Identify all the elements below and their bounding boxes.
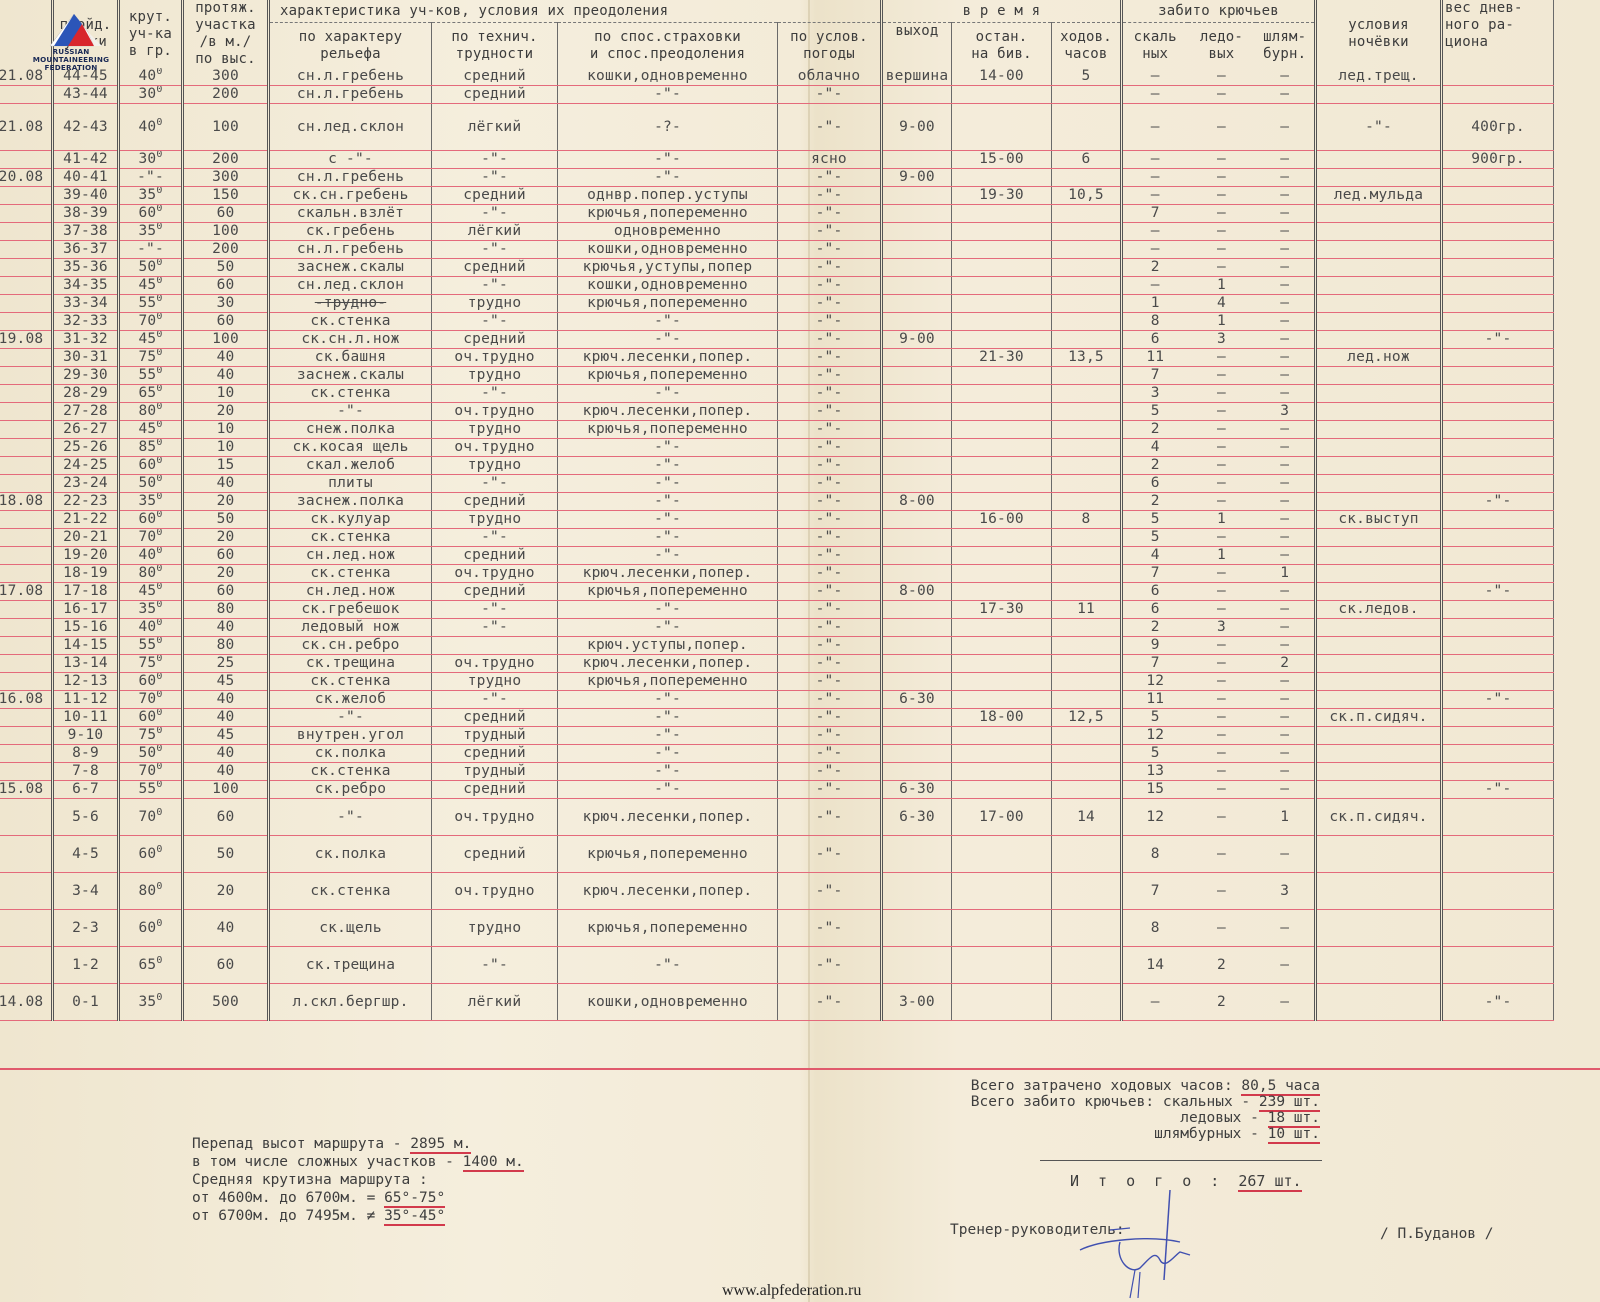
table-row: 14-1555080ск.сн.реброкрюч.уступы,попер.-… — [0, 637, 1554, 655]
hours-cell — [1052, 781, 1122, 799]
group-characteristics: характеристика уч-ков, условия их преодо… — [269, 0, 882, 23]
section-cell: 32-33 — [53, 313, 119, 331]
rock-pitons-cell: 5 — [1122, 403, 1188, 421]
difficulty-cell: -"- — [432, 241, 558, 259]
ration-cell — [1442, 873, 1554, 910]
stop-cell — [952, 475, 1052, 493]
ice-pitons-cell: – — [1188, 565, 1256, 583]
date-cell — [0, 295, 53, 313]
stop-cell — [952, 223, 1052, 241]
stop-cell — [952, 493, 1052, 511]
weather-cell: -"- — [778, 104, 882, 151]
relief-cell: сн.лед.нож — [269, 547, 432, 565]
date-cell — [0, 910, 53, 947]
stop-cell — [952, 259, 1052, 277]
departure-cell: 9-00 — [882, 169, 952, 187]
length-cell: 40 — [183, 691, 269, 709]
difficulty-cell: трудный — [432, 763, 558, 781]
belay-cell: -"- — [558, 313, 778, 331]
stop-cell — [952, 331, 1052, 349]
weather-cell: -"- — [778, 781, 882, 799]
bolts-cell: – — [1256, 104, 1316, 151]
ice-pitons-cell: 3 — [1188, 331, 1256, 349]
date-cell — [0, 403, 53, 421]
rock-pitons-cell: 7 — [1122, 565, 1188, 583]
date-cell — [0, 799, 53, 836]
stop-cell — [952, 781, 1052, 799]
belay-cell: -"- — [558, 511, 778, 529]
length-cell: 50 — [183, 259, 269, 277]
steepness-cell: 550 — [119, 637, 183, 655]
weather-cell: -"- — [778, 511, 882, 529]
ice-pitons-cell: – — [1188, 439, 1256, 457]
weather-cell: -"- — [778, 259, 882, 277]
ice-pitons-cell: – — [1188, 205, 1256, 223]
departure-cell — [882, 637, 952, 655]
stop-cell — [952, 385, 1052, 403]
hours-cell — [1052, 86, 1122, 104]
table-row: 21.0842-43400100сн.лед.склонлёгкий-?--"-… — [0, 104, 1554, 151]
ice-pitons-cell: – — [1188, 457, 1256, 475]
departure-cell: 8-00 — [882, 493, 952, 511]
hours-cell — [1052, 439, 1122, 457]
ration-cell — [1442, 313, 1554, 331]
bolts-cell: – — [1256, 763, 1316, 781]
departure-cell — [882, 313, 952, 331]
relief-cell: -"- — [269, 403, 432, 421]
steepness-cell: 450 — [119, 331, 183, 349]
steepness-cell: 800 — [119, 565, 183, 583]
bivouac-cell — [1316, 439, 1442, 457]
length-cell: 40 — [183, 475, 269, 493]
departure-cell — [882, 421, 952, 439]
stop-cell — [952, 745, 1052, 763]
ration-cell — [1442, 547, 1554, 565]
relief-cell: заснеж.скалы — [269, 259, 432, 277]
belay-cell: крюч.лесенки,попер. — [558, 565, 778, 583]
belay-cell: -"- — [558, 709, 778, 727]
weather-cell: -"- — [778, 169, 882, 187]
bivouac-cell — [1316, 457, 1442, 475]
ice-pitons-cell: – — [1188, 763, 1256, 781]
section-cell: 31-32 — [53, 331, 119, 349]
table-row: 15-1640040ледовый нож-"--"--"-23– — [0, 619, 1554, 637]
stop-cell — [952, 583, 1052, 601]
belay-cell: -"- — [558, 727, 778, 745]
steepness-cell: 350 — [119, 984, 183, 1021]
stop-cell — [952, 313, 1052, 331]
belay-cell: крюч.лесенки,попер. — [558, 349, 778, 367]
weather-cell: -"- — [778, 745, 882, 763]
bolts-cell: 3 — [1256, 873, 1316, 910]
difficulty-cell: средний — [432, 187, 558, 205]
difficulty-cell: -"- — [432, 277, 558, 295]
ice-pitons-cell: 1 — [1188, 313, 1256, 331]
hours-cell: 14 — [1052, 799, 1122, 836]
ration-cell — [1442, 403, 1554, 421]
steepness-cell: -"- — [119, 169, 183, 187]
hours-cell — [1052, 331, 1122, 349]
relief-cell: скал.желоб — [269, 457, 432, 475]
difficulty-cell: оч.трудно — [432, 439, 558, 457]
departure-cell — [882, 601, 952, 619]
hours-cell — [1052, 295, 1122, 313]
length-cell: 40 — [183, 349, 269, 367]
difficulty-cell: средний — [432, 547, 558, 565]
hours-cell — [1052, 475, 1122, 493]
section-cell: 16-17 — [53, 601, 119, 619]
difficulty-cell: -"- — [432, 947, 558, 984]
weather-cell: -"- — [778, 457, 882, 475]
departure-cell — [882, 673, 952, 691]
steepness-cell: 400 — [119, 104, 183, 151]
bolts-cell: – — [1256, 511, 1316, 529]
date-cell — [0, 619, 53, 637]
difficulty-cell: средний — [432, 259, 558, 277]
rmf-logo: RUSSIAN MOUNTAINEERING FEDERATION — [2, 2, 124, 78]
date-cell — [0, 439, 53, 457]
belay-cell: -"- — [558, 691, 778, 709]
ration-cell — [1442, 295, 1554, 313]
section-cell: 33-34 — [53, 295, 119, 313]
rock-pitons-cell: 8 — [1122, 910, 1188, 947]
ration-cell — [1442, 619, 1554, 637]
weather-cell: -"- — [778, 583, 882, 601]
length-cell: 60 — [183, 313, 269, 331]
bivouac-cell — [1316, 619, 1442, 637]
belay-cell: -"- — [558, 151, 778, 169]
group-time: в р е м я — [882, 0, 1122, 23]
belay-cell: крючья,попеременно — [558, 367, 778, 385]
bolts-cell: 1 — [1256, 799, 1316, 836]
length-cell: 15 — [183, 457, 269, 475]
weather-cell: -"- — [778, 727, 882, 745]
rock-pitons-cell: – — [1122, 151, 1188, 169]
steepness-cell: 800 — [119, 873, 183, 910]
steepness-cell: 500 — [119, 745, 183, 763]
steepness-cell: 550 — [119, 367, 183, 385]
grand-total-value: 267 шт. — [1238, 1172, 1301, 1192]
steepness-cell: 450 — [119, 277, 183, 295]
bivouac-cell: лед.трещ. — [1316, 68, 1442, 86]
website-watermark[interactable]: www.alpfederation.ru — [722, 1282, 861, 1300]
rock-pitons-cell: 6 — [1122, 475, 1188, 493]
ration-cell — [1442, 241, 1554, 259]
ice-pitons-cell: – — [1188, 799, 1256, 836]
rock-pitons-cell: 12 — [1122, 673, 1188, 691]
bivouac-cell — [1316, 727, 1442, 745]
length-cell: 60 — [183, 947, 269, 984]
table-row: 36-37-"-200сн.л.гребень-"-кошки,одноврем… — [0, 241, 1554, 259]
bolts-cell: – — [1256, 349, 1316, 367]
bolts-cell: – — [1256, 439, 1316, 457]
weather-cell: -"- — [778, 475, 882, 493]
weather-cell: -"- — [778, 910, 882, 947]
stop-cell — [952, 169, 1052, 187]
ration-cell — [1442, 277, 1554, 295]
difficulty-cell: -"- — [432, 529, 558, 547]
bolts-cell: 3 — [1256, 403, 1316, 421]
rock-pitons-cell: 13 — [1122, 763, 1188, 781]
bolts-cell: – — [1256, 529, 1316, 547]
length-cell: 25 — [183, 655, 269, 673]
difficulty-cell: средний — [432, 331, 558, 349]
bivouac-cell — [1316, 295, 1442, 313]
bivouac-cell — [1316, 910, 1442, 947]
ice-pitons-cell: – — [1188, 367, 1256, 385]
date-cell — [0, 259, 53, 277]
stop-cell: 15-00 — [952, 151, 1052, 169]
length-cell: 300 — [183, 68, 269, 86]
date-cell — [0, 727, 53, 745]
departure-cell — [882, 205, 952, 223]
relief-cell: -"- — [269, 709, 432, 727]
section-cell: 41-42 — [53, 151, 119, 169]
stop-cell: 19-30 — [952, 187, 1052, 205]
bivouac-cell — [1316, 421, 1442, 439]
departure-cell: вершина — [882, 68, 952, 86]
section-cell: 42-43 — [53, 104, 119, 151]
weather-cell: -"- — [778, 295, 882, 313]
belay-cell: кошки,одновременно — [558, 277, 778, 295]
bolts-cell: – — [1256, 86, 1316, 104]
ice-pitons-cell: – — [1188, 691, 1256, 709]
ration-cell: -"- — [1442, 583, 1554, 601]
length-cell: 60 — [183, 277, 269, 295]
ration-cell — [1442, 86, 1554, 104]
date-cell: 14.08 — [0, 984, 53, 1021]
bivouac-cell — [1316, 637, 1442, 655]
length-cell: 10 — [183, 421, 269, 439]
ration-cell — [1442, 763, 1554, 781]
bolts-cell: – — [1256, 68, 1316, 86]
rock-pitons-cell: – — [1122, 86, 1188, 104]
belay-cell: -"- — [558, 169, 778, 187]
weather-cell: -"- — [778, 836, 882, 873]
length-cell: 60 — [183, 205, 269, 223]
date-cell — [0, 601, 53, 619]
difficulty-cell: -"- — [432, 169, 558, 187]
weather-cell: облачно — [778, 68, 882, 86]
logo-caption: RUSSIAN MOUNTAINEERING FEDERATION — [16, 48, 126, 72]
departure-cell — [882, 565, 952, 583]
table-row: 13-1475025ск.трещинаоч.труднокрюч.лесенк… — [0, 655, 1554, 673]
ascent-log-table: пройд.уч-ки крут.уч-кав гр. протяж.участ… — [0, 0, 1554, 1021]
ration-cell: -"- — [1442, 691, 1554, 709]
difficulty-cell: -"- — [432, 619, 558, 637]
ice-pitons-cell: 2 — [1188, 984, 1256, 1021]
belay-cell: крючья,уступы,попер — [558, 259, 778, 277]
relief-cell: ск.полка — [269, 745, 432, 763]
bolts-cell: – — [1256, 457, 1316, 475]
hours-cell — [1052, 529, 1122, 547]
relief-cell: ск.гребешок — [269, 601, 432, 619]
belay-cell: -"- — [558, 547, 778, 565]
ration-cell — [1442, 529, 1554, 547]
table-row: 21-2260050ск.кулуартрудно-"--"-16-00851–… — [0, 511, 1554, 529]
table-row: 1-265060ск.трещина-"--"--"-142– — [0, 947, 1554, 984]
relief-cell: сн.л.гребень — [269, 86, 432, 104]
section-cell: 23-24 — [53, 475, 119, 493]
belay-cell: -"- — [558, 601, 778, 619]
stop-cell — [952, 910, 1052, 947]
bolts-cell: – — [1256, 637, 1316, 655]
section-cell: 14-15 — [53, 637, 119, 655]
bivouac-cell — [1316, 385, 1442, 403]
difficulty-cell — [432, 637, 558, 655]
belay-cell: крюч.лесенки,попер. — [558, 403, 778, 421]
section-cell: 40-41 — [53, 169, 119, 187]
stop-cell: 17-00 — [952, 799, 1052, 836]
date-cell: 19.08 — [0, 331, 53, 349]
stop-cell — [952, 439, 1052, 457]
difficulty-cell: трудно — [432, 457, 558, 475]
departure-cell — [882, 367, 952, 385]
steepness-cell: 800 — [119, 403, 183, 421]
ice-pitons-cell: – — [1188, 151, 1256, 169]
col-bivouac: условияночёвки — [1316, 0, 1442, 68]
steepness-cell: -"- — [119, 241, 183, 259]
bolts-cell: – — [1256, 673, 1316, 691]
bivouac-cell — [1316, 583, 1442, 601]
table-row: 25-2685010ск.косая щельоч.трудно-"--"-4–… — [0, 439, 1554, 457]
steepness-cell: 350 — [119, 223, 183, 241]
length-cell: 40 — [183, 367, 269, 385]
weather-cell: -"- — [778, 493, 882, 511]
steepness-cell: 600 — [119, 205, 183, 223]
route-summary: Перепад высот маршрута - 2895 м.в том чи… — [192, 1135, 524, 1225]
stop-cell — [952, 86, 1052, 104]
stop-cell: 21-30 — [952, 349, 1052, 367]
bolts-cell: – — [1256, 984, 1316, 1021]
col-difficulty: по технич.трудности — [432, 23, 558, 69]
relief-cell: сн.л.гребень — [269, 241, 432, 259]
departure-cell — [882, 475, 952, 493]
ration-cell — [1442, 799, 1554, 836]
difficulty-cell: -"- — [432, 151, 558, 169]
ice-pitons-cell: – — [1188, 259, 1256, 277]
stop-cell — [952, 457, 1052, 475]
table-row: 3-480020ск.стенкаоч.труднокрюч.лесенки,п… — [0, 873, 1554, 910]
belay-cell: крюч.лесенки,попер. — [558, 873, 778, 910]
departure-cell — [882, 439, 952, 457]
departure-cell — [882, 511, 952, 529]
date-cell — [0, 547, 53, 565]
stop-cell — [952, 655, 1052, 673]
bolts-cell: – — [1256, 727, 1316, 745]
section-cell: 18-19 — [53, 565, 119, 583]
table-row: 16-1735080ск.гребешок-"--"--"-17-30116––… — [0, 601, 1554, 619]
bolts-cell: – — [1256, 583, 1316, 601]
table-row: 18-1980020ск.стенкаоч.труднокрюч.лесенки… — [0, 565, 1554, 583]
steepness-cell: 350 — [119, 601, 183, 619]
belay-cell: -"- — [558, 745, 778, 763]
steepness-cell: 500 — [119, 259, 183, 277]
weather-cell: -"- — [778, 439, 882, 457]
bolts-cell: – — [1256, 151, 1316, 169]
difficulty-cell: -"- — [432, 385, 558, 403]
bolts-cell: – — [1256, 421, 1316, 439]
steepness-cell: 600 — [119, 673, 183, 691]
length-cell: 200 — [183, 86, 269, 104]
date-cell: 20.08 — [0, 169, 53, 187]
table-row: 33-3455030-трудно-труднокрючья,поперемен… — [0, 295, 1554, 313]
date-cell — [0, 529, 53, 547]
table-row: 27-2880020-"-оч.труднокрюч.лесенки,попер… — [0, 403, 1554, 421]
steepness-cell: 300 — [119, 151, 183, 169]
section-cell: 29-30 — [53, 367, 119, 385]
hours-cell — [1052, 241, 1122, 259]
bolts-cell: – — [1256, 547, 1316, 565]
ration-cell — [1442, 367, 1554, 385]
bivouac-cell — [1316, 763, 1442, 781]
bolts-cell: – — [1256, 277, 1316, 295]
belay-cell: крючья,попеременно — [558, 205, 778, 223]
section-cell: 19-20 — [53, 547, 119, 565]
belay-cell: -"- — [558, 475, 778, 493]
belay-cell: крюч.лесенки,попер. — [558, 799, 778, 836]
bolts-cell: – — [1256, 781, 1316, 799]
weather-cell: -"- — [778, 637, 882, 655]
length-cell: 60 — [183, 583, 269, 601]
bivouac-cell — [1316, 984, 1442, 1021]
ration-cell — [1442, 745, 1554, 763]
bivouac-cell: -"- — [1316, 104, 1442, 151]
relief-cell: ск.сн.гребень — [269, 187, 432, 205]
hours-cell — [1052, 367, 1122, 385]
date-cell — [0, 385, 53, 403]
relief-cell: л.скл.бергшр. — [269, 984, 432, 1021]
table-row: 29-3055040заснеж.скалытруднокрючья,попер… — [0, 367, 1554, 385]
stop-cell — [952, 547, 1052, 565]
section-cell: 10-11 — [53, 709, 119, 727]
rock-pitons-cell: 2 — [1122, 421, 1188, 439]
rock-pitons-cell: 6 — [1122, 583, 1188, 601]
length-cell: 40 — [183, 619, 269, 637]
length-cell: 50 — [183, 836, 269, 873]
ration-cell — [1442, 205, 1554, 223]
ration-cell — [1442, 511, 1554, 529]
difficulty-cell: трудно — [432, 511, 558, 529]
steepness-cell: 400 — [119, 68, 183, 86]
departure-cell — [882, 947, 952, 984]
section-cell: 39-40 — [53, 187, 119, 205]
relief-cell: ск.щель — [269, 910, 432, 947]
relief-cell: сн.лед.нож — [269, 583, 432, 601]
bolts-cell: – — [1256, 910, 1316, 947]
table-row: 35-3650050заснеж.скалысреднийкрючья,усту… — [0, 259, 1554, 277]
length-cell: 20 — [183, 873, 269, 910]
difficulty-cell: -"- — [432, 691, 558, 709]
weather-cell: -"- — [778, 655, 882, 673]
hours-cell — [1052, 910, 1122, 947]
rock-pitons-cell: 4 — [1122, 547, 1188, 565]
date-cell — [0, 421, 53, 439]
date-cell — [0, 565, 53, 583]
ice-pitons-cell: – — [1188, 241, 1256, 259]
stop-cell — [952, 873, 1052, 910]
hours-cell: 13,5 — [1052, 349, 1122, 367]
length-cell: 150 — [183, 187, 269, 205]
weather-cell: -"- — [778, 529, 882, 547]
departure-cell — [882, 763, 952, 781]
difficulty-cell: оч.трудно — [432, 799, 558, 836]
belay-cell: крюч.лесенки,попер. — [558, 655, 778, 673]
stop-cell: 16-00 — [952, 511, 1052, 529]
steepness-cell: 600 — [119, 709, 183, 727]
difficulty-cell: средний — [432, 709, 558, 727]
relief-cell: ск.стенка — [269, 385, 432, 403]
